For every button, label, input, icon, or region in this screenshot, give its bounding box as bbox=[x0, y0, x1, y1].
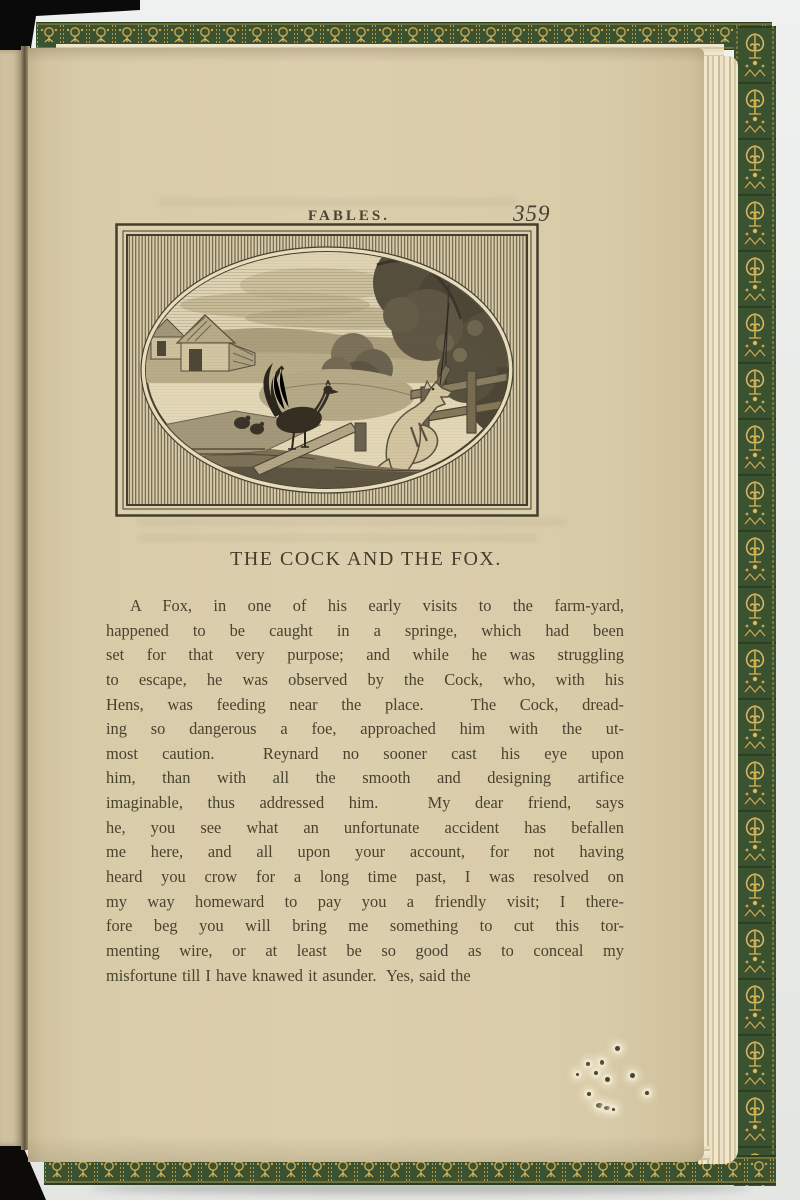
body-line: imaginable, thus addressed him. My dear … bbox=[106, 791, 624, 816]
body-line: me here, and all upon your account, for … bbox=[106, 840, 624, 865]
body-line: him, than with all the smooth and design… bbox=[106, 766, 624, 791]
body-line: menting wire, or at least be so good as … bbox=[106, 939, 624, 964]
story-title: THE COCK AND THE FOX. bbox=[28, 548, 704, 571]
binding-edge-right bbox=[734, 26, 776, 1186]
book-page: FABLES. 359 bbox=[28, 48, 704, 1162]
body-line: heard you crow for a long time past, I w… bbox=[106, 865, 624, 890]
engraving-illustration bbox=[115, 223, 539, 522]
body-line: happened to be caught in a springe, whic… bbox=[106, 619, 624, 644]
body-line: he, you see what an unfortunate accident… bbox=[106, 816, 624, 841]
body-line: my way homeward to pay you a friendly vi… bbox=[106, 890, 624, 915]
body-line: ing so dangerous a foe, approached him w… bbox=[106, 717, 624, 742]
page-stack-right-edge bbox=[698, 56, 738, 1164]
body-line: to escape, he was observed by the Cock, … bbox=[106, 668, 624, 693]
body-line: most caution. Reynard no sooner cast his… bbox=[106, 742, 624, 767]
facing-page-sliver bbox=[0, 50, 22, 1146]
body-line: misfortune till I have knawed it asunder… bbox=[106, 964, 624, 989]
body-line: fore beg you will bring me something to … bbox=[106, 914, 624, 939]
ink-showthrough bbox=[138, 534, 538, 542]
body-line: A Fox, in one of his early visits to the… bbox=[106, 594, 624, 619]
body-line: Hens, was feeding near the place. The Co… bbox=[106, 693, 624, 718]
body-line: set for that very purpose; and while he … bbox=[106, 643, 624, 668]
ink-showthrough bbox=[158, 198, 518, 207]
book-photo: FABLES. 359 bbox=[0, 0, 800, 1200]
story-body: A Fox, in one of his early visits to the… bbox=[106, 594, 624, 988]
